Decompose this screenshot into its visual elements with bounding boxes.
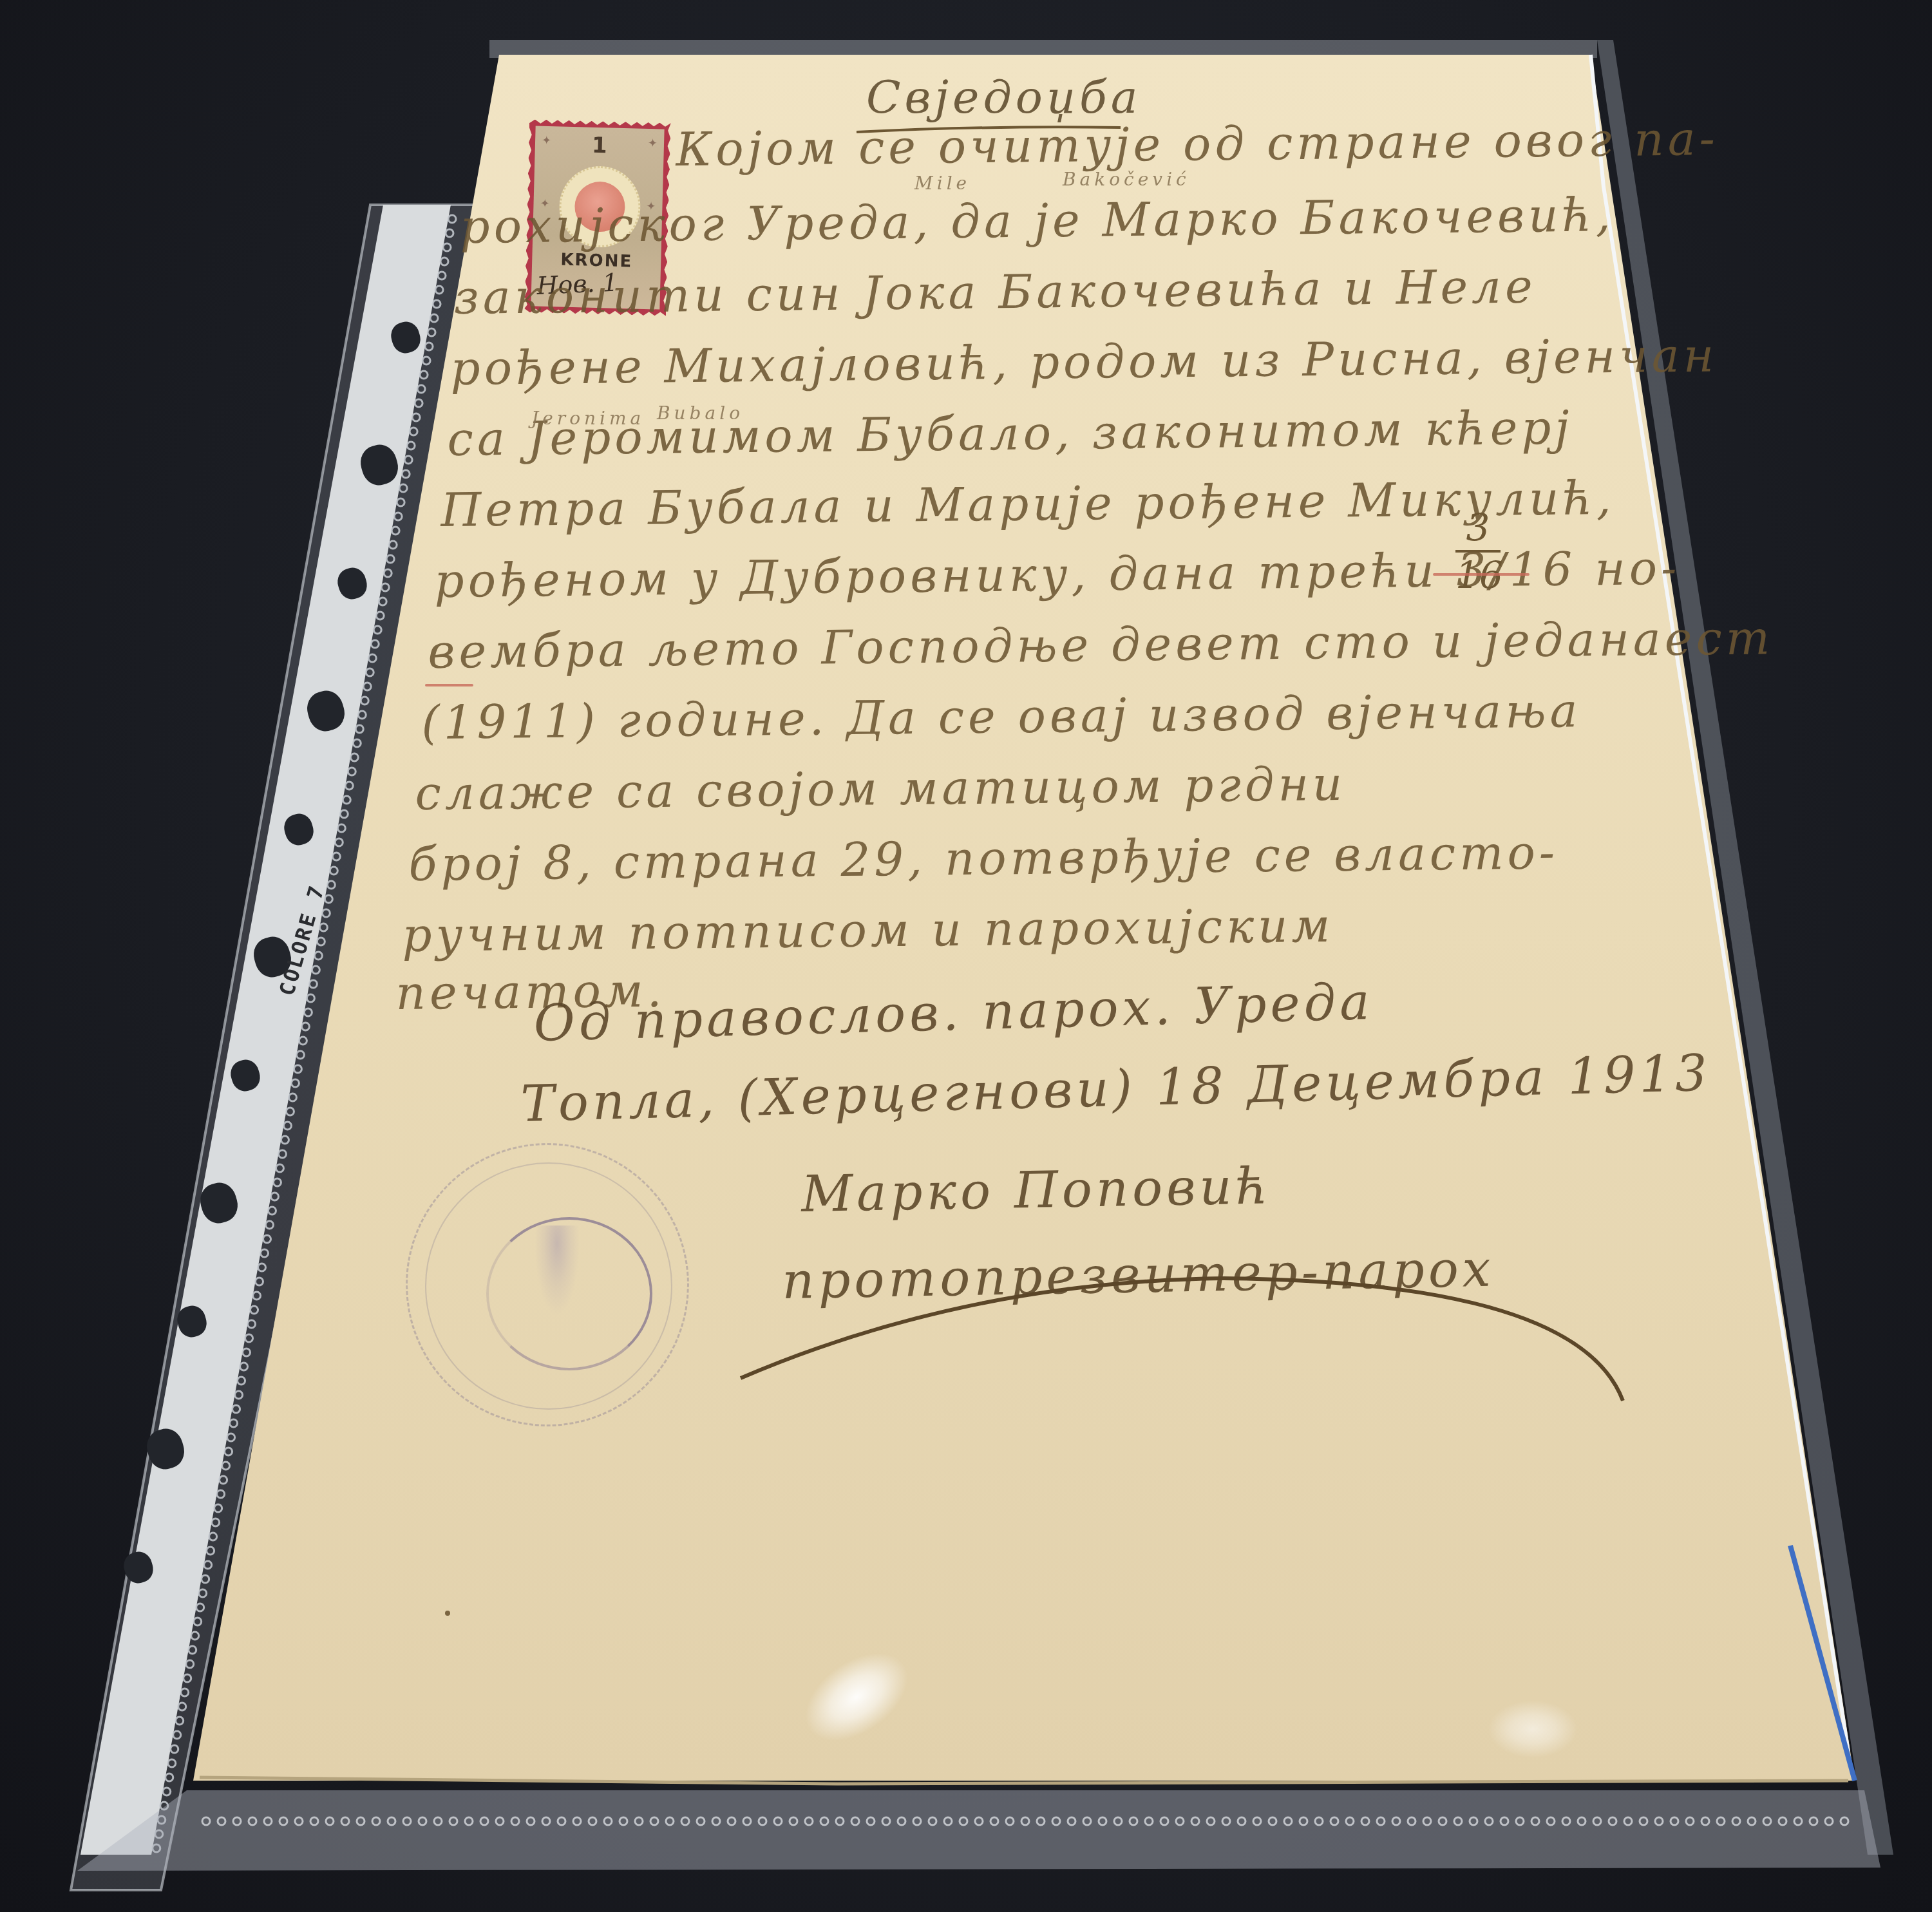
interlinear-note: Bubalo <box>657 402 744 424</box>
body-line: слаже са својом матицом ргдни <box>415 757 1347 820</box>
interlinear-note: Bakočević <box>1063 169 1190 190</box>
body-line: ручним потписом и парохијским <box>402 898 1334 962</box>
parish-seal <box>406 1143 689 1426</box>
photo-scene: ✦ ✦ ✦ ✦ 1 KRONE Нов. 1 Свједоџба Којом с… <box>0 0 1932 1912</box>
saint-figure-icon <box>535 1226 580 1316</box>
stamp-value: 1 <box>535 131 664 160</box>
date-fraction: 3 16 <box>1455 509 1501 594</box>
body-line: законити син Јока Бакочевића и Неле <box>453 259 1537 325</box>
interlinear-note: Jeronima <box>531 408 645 429</box>
red-pencil-underline <box>425 684 473 686</box>
document-title: Свједоџба <box>866 71 1141 124</box>
red-pencil-underline <box>1433 573 1529 576</box>
interlinear-note: Mile <box>914 173 971 194</box>
body-line: Којом се очитује од стране овог па- <box>676 111 1719 176</box>
signature-name: Марко Поповић <box>800 1157 1272 1224</box>
fraction-bar <box>1455 550 1501 553</box>
fraction-numerator: 3 <box>1466 506 1490 549</box>
